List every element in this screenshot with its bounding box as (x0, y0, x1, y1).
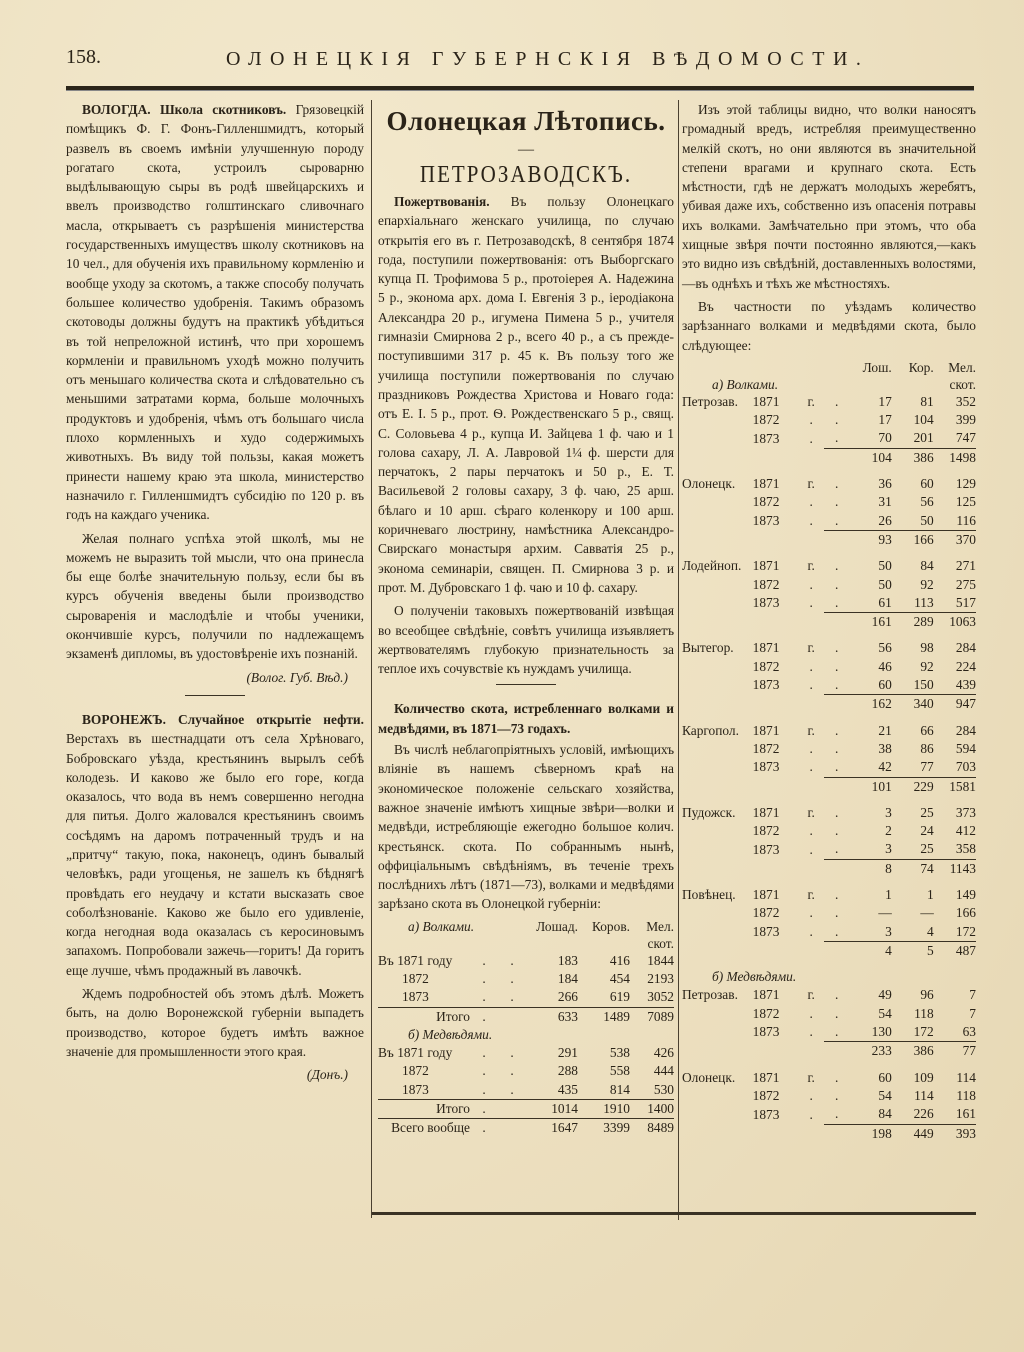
district-total-row: 93166370 (682, 530, 976, 549)
table-row: Повѣнец.1871г..11149 (682, 886, 976, 904)
total-value: 487 (934, 941, 976, 960)
table-row: 1873..84226161 (682, 1105, 976, 1124)
total-value: 8 (849, 859, 891, 878)
grand-total-row: Всего вообще.164733998489 (378, 1119, 674, 1138)
column-1: ВОЛОГДА. Школа скотниковъ. Грязовецкій п… (66, 100, 364, 1093)
year: 1872 (753, 1087, 799, 1105)
table-row: 1872..5092275 (682, 576, 976, 594)
article-donations: Пожертвованія. Въ пользу Олонецкаго епар… (378, 192, 674, 678)
table-row: Олонецк.1871г..3660129 (682, 475, 976, 493)
district-name (682, 822, 753, 840)
column-divider (678, 100, 679, 1220)
total-value: 1581 (934, 777, 976, 796)
small-livestock-value: 399 (934, 411, 976, 429)
year: 1872 (753, 1005, 799, 1023)
year: 1873 (753, 923, 799, 942)
total-value: 101 (849, 777, 891, 796)
district-name: Олонецк. (682, 1069, 753, 1087)
horses-value: 130 (849, 1023, 891, 1042)
table-row: 1872..288558444 (378, 1062, 674, 1080)
title-dash: — (378, 142, 674, 158)
total-value: 386 (892, 1042, 934, 1061)
horses-value: 21 (849, 722, 891, 740)
article-heading: Количество скота, истребленнаго волками … (378, 699, 674, 738)
year: 1872 (753, 822, 799, 840)
year: 1871 (753, 886, 799, 904)
table-total-row: Итого.63314897089 (378, 1007, 674, 1026)
horses-value: 50 (849, 557, 891, 575)
year: 1871 (753, 475, 799, 493)
district-name (682, 758, 753, 777)
horses-value: 17 (849, 411, 891, 429)
table-row: Пудожск.1871г..325373 (682, 804, 976, 822)
year: 1873 (753, 676, 799, 695)
total-value: 370 (934, 530, 976, 549)
year: 1872 (753, 740, 799, 758)
district-name: Петрозав. (682, 393, 753, 411)
horses-value: 38 (849, 740, 891, 758)
total-value: 162 (849, 695, 891, 714)
cows-value: 60 (892, 475, 934, 493)
article-source: (Донъ.) (66, 1065, 348, 1084)
cows-value: 24 (892, 822, 934, 840)
district-name: Пудожск. (682, 804, 753, 822)
table-row: 1872..4692224 (682, 658, 976, 676)
small-livestock-value: 594 (934, 740, 976, 758)
table-row: 1873..61113517 (682, 594, 976, 613)
horses-value: 60 (849, 676, 891, 695)
total-value: 5 (892, 941, 934, 960)
small-livestock-value: 172 (934, 923, 976, 942)
district-name (682, 594, 753, 613)
table-row: 1873..435814530 (378, 1081, 674, 1100)
article-body: Грязовецкій помѣщикъ Ф. Г. Фонъ-Гилленшм… (66, 102, 364, 522)
cows-value: 77 (892, 758, 934, 777)
article-paragraph: Въ частности по уѣздамъ количество зарѣз… (682, 297, 976, 355)
col-header-small-2: скот. (630, 935, 674, 952)
year: 1871 (753, 722, 799, 740)
article-paragraph: Изъ этой таблицы видно, что волки нанося… (682, 100, 976, 293)
table-row: 1872..17104399 (682, 411, 976, 429)
bears-rows: Петрозав.1871г..499671872..5411871873..1… (682, 986, 976, 1150)
district-total-row: 1612891063 (682, 613, 976, 632)
table-row: 1873..2666193052 (378, 988, 674, 1007)
district-name: Каргопол. (682, 722, 753, 740)
bears-rows: Въ 1871 году..291538426 1872..288558444 … (378, 1044, 674, 1119)
cows-value: 201 (892, 429, 934, 448)
year: 1872 (753, 493, 799, 511)
year: 1871 (753, 804, 799, 822)
district-name (682, 923, 753, 942)
district-name (682, 1023, 753, 1042)
table-row: 1873..325358 (682, 840, 976, 859)
small-livestock-value: 116 (934, 512, 976, 531)
district-name (682, 411, 753, 429)
table-row: 1873..2650116 (682, 512, 976, 531)
article-source: (Волог. Губ. Вѣд.) (66, 668, 348, 687)
horses-value: 56 (849, 639, 891, 657)
table-total-row: Итого.101419101400 (378, 1100, 674, 1119)
article-paragraph: Желая полнаго успѣха этой школѣ, мы не м… (66, 529, 364, 664)
year: 1872 (753, 904, 799, 922)
year: 1873 (753, 758, 799, 777)
horses-value: — (849, 904, 891, 922)
cows-value: 92 (892, 658, 934, 676)
cows-value: 96 (892, 986, 934, 1004)
table-row: 1873..13017263 (682, 1023, 976, 1042)
table-row: 1872..3886594 (682, 740, 976, 758)
horses-value: 3 (849, 840, 891, 859)
year: 1872 (753, 411, 799, 429)
district-name (682, 429, 753, 448)
year: 1871 (753, 393, 799, 411)
district-name (682, 676, 753, 695)
small-livestock-value: 7 (934, 986, 976, 1004)
district-name (682, 576, 753, 594)
small-livestock-value: 412 (934, 822, 976, 840)
small-livestock-value: 358 (934, 840, 976, 859)
total-value: 289 (892, 613, 934, 632)
cows-value: 118 (892, 1005, 934, 1023)
article-body: Верстахъ въ шестнадцати отъ села Хрѣнова… (66, 731, 364, 978)
cows-value: 92 (892, 576, 934, 594)
cows-value: 84 (892, 557, 934, 575)
table-row: Каргопол.1871г..2166284 (682, 722, 976, 740)
small-livestock-value: 703 (934, 758, 976, 777)
horses-value: 61 (849, 594, 891, 613)
year: 1873 (753, 1105, 799, 1124)
cows-value: 4 (892, 923, 934, 942)
col-header-small: Мел. (630, 918, 674, 935)
total-value: 161 (849, 613, 891, 632)
table-row: 1873..4277703 (682, 758, 976, 777)
table-row: 1872..541187 (682, 1005, 976, 1023)
table-row: Въ 1871 году..291538426 (378, 1044, 674, 1062)
district-name (682, 904, 753, 922)
cows-value: 81 (892, 393, 934, 411)
cows-value: 104 (892, 411, 934, 429)
table-row: Въ 1871 году..1834161844 (378, 952, 674, 970)
city-heading: ПЕТРОЗАВОДСКЪ. (378, 158, 674, 190)
summary-table: а) Волками. Лошад. Коров. Мел. скот. Въ … (378, 918, 674, 1138)
cows-value: 66 (892, 722, 934, 740)
total-value: 4 (849, 941, 891, 960)
small-livestock-value: 114 (934, 1069, 976, 1087)
total-value: 93 (849, 530, 891, 549)
cows-value: 113 (892, 594, 934, 613)
wolves-rows: Петрозав.1871г..17813521872..17104399187… (682, 393, 976, 968)
year: 1873 (753, 429, 799, 448)
table-row: 1872..1844542193 (378, 970, 674, 988)
horses-value: 42 (849, 758, 891, 777)
article-paragraph: Ждемъ подробностей объ этомъ дѣлѣ. Может… (66, 984, 364, 1061)
table-row: 1872..3156125 (682, 493, 976, 511)
page-number: 158. (66, 46, 101, 69)
horses-value: 84 (849, 1105, 891, 1124)
total-value: 1063 (934, 613, 976, 632)
small-livestock-value: 224 (934, 658, 976, 676)
article-voronezh: ВОРОНЕЖЪ. Случайное открытіе нефти. Верс… (66, 710, 364, 1085)
year: 1873 (753, 1023, 799, 1042)
cows-value: 56 (892, 493, 934, 511)
year: 1871 (753, 557, 799, 575)
small-livestock-value: 7 (934, 1005, 976, 1023)
horses-value: 1 (849, 886, 891, 904)
district-name: Лодейноп. (682, 557, 753, 575)
horses-value: 70 (849, 429, 891, 448)
horses-value: 26 (849, 512, 891, 531)
total-value: 1143 (934, 859, 976, 878)
table-row: Вытегор.1871г..5698284 (682, 639, 976, 657)
cows-value: — (892, 904, 934, 922)
total-value: 947 (934, 695, 976, 714)
table-row: Олонецк.1871г..60109114 (682, 1069, 976, 1087)
district-name (682, 512, 753, 531)
small-livestock-value: 275 (934, 576, 976, 594)
district-total-row: 198449393 (682, 1124, 976, 1143)
cows-value: 86 (892, 740, 934, 758)
year: 1871 (753, 986, 799, 1004)
district-total-row: 162340947 (682, 695, 976, 714)
total-value: 233 (849, 1042, 891, 1061)
district-name (682, 1087, 753, 1105)
year: 1871 (753, 1069, 799, 1087)
article-lead: Пожертвованія. (394, 194, 490, 209)
total-value: 77 (934, 1042, 976, 1061)
cows-value: 226 (892, 1105, 934, 1124)
article-lead: ВОРОНЕЖЪ. Случайное открытіе нефти. (82, 712, 364, 727)
col-header-horses: Лошад. (526, 918, 578, 935)
district-name (682, 740, 753, 758)
table-row: 1873..34172 (682, 923, 976, 942)
horses-value: 36 (849, 475, 891, 493)
footer-rule (372, 1212, 976, 1215)
newspaper-masthead: ОЛОНЕЦКІЯ ГУБЕРНСКІЯ ВѢДОМОСТИ. (226, 48, 869, 71)
horses-value: 17 (849, 393, 891, 411)
col-header-small-2: скот. (934, 376, 976, 393)
column-3: Изъ этой таблицы видно, что волки нанося… (682, 100, 976, 1151)
district-table: Лош. Кор. Мел. а) Волками. скот. Петроза… (682, 359, 976, 1151)
district-name (682, 658, 753, 676)
small-livestock-value: 161 (934, 1105, 976, 1124)
year: 1873 (753, 840, 799, 859)
cows-value: 1 (892, 886, 934, 904)
cows-value: 98 (892, 639, 934, 657)
total-value: 74 (892, 859, 934, 878)
small-livestock-value: 166 (934, 904, 976, 922)
wolves-rows: Въ 1871 году..1834161844 1872..184454219… (378, 952, 674, 1026)
total-value: 229 (892, 777, 934, 796)
cows-value: 109 (892, 1069, 934, 1087)
bears-label: б) Медвѣдями. (682, 968, 976, 986)
total-value: 393 (934, 1124, 976, 1143)
small-livestock-value: 63 (934, 1023, 976, 1042)
col-header-cows: Коров. (578, 918, 630, 935)
district-name (682, 493, 753, 511)
year: 1873 (753, 594, 799, 613)
col-header-small: Мел. (934, 359, 976, 376)
article-lead: ВОЛОГДА. Школа скотниковъ. (82, 102, 286, 117)
horses-value: 50 (849, 576, 891, 594)
district-total-row: 1043861498 (682, 448, 976, 467)
section-title: Олонецкая Лѣтопись. (378, 104, 674, 138)
horses-value: 60 (849, 1069, 891, 1087)
bears-label: б) Медвѣдями. (378, 1026, 674, 1044)
article-separator (185, 695, 245, 696)
article-paragraph: Въ числѣ неблагопріятныхъ условій, имѣющ… (378, 740, 674, 914)
year: 1872 (753, 658, 799, 676)
table-row: Петрозав.1871г..1781352 (682, 393, 976, 411)
page-header: 158. ОЛОНЕЦКІЯ ГУБЕРНСКІЯ ВѢДОМОСТИ. (66, 46, 966, 76)
horses-value: 49 (849, 986, 891, 1004)
year: 1872 (753, 576, 799, 594)
table-row: Лодейноп.1871г..5084271 (682, 557, 976, 575)
cows-value: 25 (892, 804, 934, 822)
col-header-horses: Лош. (849, 359, 891, 376)
small-livestock-value: 284 (934, 722, 976, 740)
district-total-row: 1012291581 (682, 777, 976, 796)
table-row: 1872..——166 (682, 904, 976, 922)
horses-value: 54 (849, 1005, 891, 1023)
wolves-label: а) Волками. (378, 918, 526, 935)
cows-value: 150 (892, 676, 934, 695)
horses-value: 2 (849, 822, 891, 840)
district-name (682, 1005, 753, 1023)
cows-value: 172 (892, 1023, 934, 1042)
table-row: Петрозав.1871г..49967 (682, 986, 976, 1004)
article-body: Въ пользу Олонецкаго епархіальнаго женск… (378, 194, 674, 595)
small-livestock-value: 125 (934, 493, 976, 511)
small-livestock-value: 352 (934, 393, 976, 411)
table-row: 1872..54114118 (682, 1087, 976, 1105)
horses-value: 54 (849, 1087, 891, 1105)
article-separator (496, 684, 556, 685)
district-total-row: 8741143 (682, 859, 976, 878)
total-value: 166 (892, 530, 934, 549)
cows-value: 114 (892, 1087, 934, 1105)
small-livestock-value: 747 (934, 429, 976, 448)
table-row: 1872..224412 (682, 822, 976, 840)
district-name: Повѣнец. (682, 886, 753, 904)
year: 1871 (753, 639, 799, 657)
article-paragraph: О полученіи таковыхъ пожертвованій извѣщ… (378, 601, 674, 678)
district-name: Вытегор. (682, 639, 753, 657)
column-divider (371, 100, 372, 1218)
total-value: 104 (849, 448, 891, 467)
total-value: 198 (849, 1124, 891, 1143)
cows-value: 50 (892, 512, 934, 531)
small-livestock-value: 284 (934, 639, 976, 657)
horses-value: 3 (849, 923, 891, 942)
district-name (682, 1105, 753, 1124)
year: 1873 (753, 512, 799, 531)
small-livestock-value: 271 (934, 557, 976, 575)
small-livestock-value: 439 (934, 676, 976, 695)
table-row: 1873..60150439 (682, 676, 976, 695)
district-name: Петрозав. (682, 986, 753, 1004)
total-value: 449 (892, 1124, 934, 1143)
small-livestock-value: 129 (934, 475, 976, 493)
small-livestock-value: 517 (934, 594, 976, 613)
small-livestock-value: 149 (934, 886, 976, 904)
district-total-row: 45487 (682, 941, 976, 960)
wolves-label: а) Волками. (682, 376, 934, 393)
horses-value: 46 (849, 658, 891, 676)
total-value: 340 (892, 695, 934, 714)
total-value: 386 (892, 448, 934, 467)
small-livestock-value: 373 (934, 804, 976, 822)
horses-value: 31 (849, 493, 891, 511)
total-value: 1498 (934, 448, 976, 467)
col-header-cows: Кор. (892, 359, 934, 376)
article-vologda: ВОЛОГДА. Школа скотниковъ. Грязовецкій п… (66, 100, 364, 687)
article-livestock: Количество скота, истребленнаго волками … (378, 699, 674, 1137)
small-livestock-value: 118 (934, 1087, 976, 1105)
header-rule (66, 86, 974, 91)
district-name: Олонецк. (682, 475, 753, 493)
column-2: Олонецкая Лѣтопись. — ПЕТРОЗАВОДСКЪ. Пож… (378, 100, 674, 1138)
table-row: 1873..70201747 (682, 429, 976, 448)
district-name (682, 840, 753, 859)
cows-value: 25 (892, 840, 934, 859)
horses-value: 3 (849, 804, 891, 822)
district-total-row: 23338677 (682, 1042, 976, 1061)
